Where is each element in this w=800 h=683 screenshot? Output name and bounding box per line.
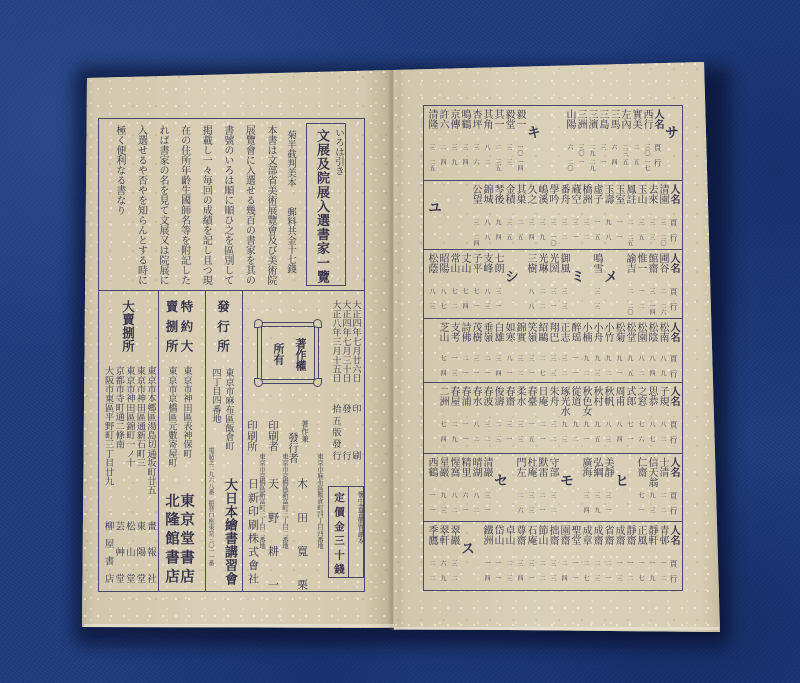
entry-line: 四 [494,370,501,382]
distributor-entry: 東京市神田區錦町一ノ十 松山堂 [123,366,134,588]
index-entry: 二洲 七 四 [437,383,448,453]
band-groups: 人名 頁 行 清園 三 二〇 去來 三 三 [424,181,682,249]
section-entries: 鳴雪 三 三 [591,250,602,318]
entry-name: 美靜 [602,457,613,490]
index-entry: 西鶴 一 一 [426,454,437,521]
entry-page: 二 [538,355,545,367]
entry-name: 丈山 [459,253,470,286]
entry-name: 秋色女 [580,386,591,419]
entry-name: 嶋溪 [536,184,547,217]
entry-name: 光圀 [547,253,558,286]
entry-line: 一 [461,507,468,520]
entry-page: 三 [560,288,567,301]
entry-line: 行 [669,234,678,247]
entry-page: 一 [615,219,622,232]
description-line: れば書家の名を見て文展又は院展に [151,125,173,290]
section-entries: 人名 頁 行 西行 三〇 一七 實美 二 五 [564,106,663,180]
entry-page: 九 [648,492,655,505]
entry-line: 一四 [648,303,655,316]
entry-name: 蔵空 [569,184,580,217]
index-entry: 玉壽 九 八 [602,181,613,249]
description-line: 本書は文部省美術展覽會及び美術院 [259,125,281,290]
entry-name: 諭吉 [624,253,635,286]
kana-section: 人名 頁 行 士清 二 二 信天翁 九 三 [635,454,679,521]
index-entry: 橋洲 三 二 [580,181,591,249]
index-entry: 守部 三 二 [547,454,558,521]
entry-name: 式郎 [624,386,635,419]
kana-section-label: キ [525,125,541,180]
entry-name: 京傳 [448,109,459,142]
entry-name: 松南 [657,322,668,353]
print-dates: 大正四年七月廿六日 印刷 大正四年七月三十日 發行 大正八年三月十五日 拾五版發… [330,300,360,462]
entry-page: 三〇 [577,144,584,157]
entry-page: 九 [604,219,611,232]
entry-name: 春浦 [459,386,470,419]
entry-name: 春齋 [503,386,514,419]
entry-name: 之窓 [635,386,646,419]
index-entry: 門左 二 六 [514,454,525,521]
entry-page: 七 [461,288,468,301]
entry-page: 三 [428,144,435,157]
entry-line: 二六 [659,303,666,316]
kana-section: 人名 頁 行 松南 八 九 松陰 八 四 [437,319,679,382]
entry-line: 一 [472,370,479,382]
entry-line: 二 [560,370,567,382]
entry-line: 五 [505,234,512,247]
entry-line: 四 [461,159,468,172]
date-text: 大正四年七月廿六日 [350,300,360,383]
entry-line: 五 [527,436,534,449]
index-entry: 松園 八 二 [635,319,646,382]
entry-line: 四 [494,234,501,247]
entry-page: 三 [461,144,468,157]
entry-page: 三 [571,219,578,232]
kana-section-label: シ [503,269,519,318]
index-entry: 春波 三 二 [481,383,492,453]
entry-name: 七朗 [492,253,503,286]
entry-name: 學吟 [547,184,558,217]
entry-page: 三 [472,144,479,157]
index-entry: 鐵洲 一 四 [481,522,492,589]
index-entry: 春屋 二 九 [448,383,459,453]
entry-line: 七 [648,436,655,449]
address-line: 東京市麻布區飯倉町 [222,368,235,451]
entry-page: 二 [516,492,523,505]
entry-line: 三 [428,303,435,316]
index-entry: 毅一 一〇 一四 [514,106,525,180]
publisher-phone: 電話芝二九六八番 [207,447,214,495]
entry-name: 子平 [470,253,481,286]
entry-page: 頁 [669,492,678,505]
entry-line: 一 [494,575,501,588]
index-entry: 紹鷗 二 七 [536,319,547,382]
book-spine [387,70,399,630]
entry-page: 九 [439,492,446,505]
kana-section: モ 守部 三 二 默雷 二 一 杜 [514,454,574,521]
index-entry: 毅堂 三 三 [503,106,514,180]
entry-name: 晴湖 [470,457,481,490]
entry-page: 三 [549,355,556,367]
entry-page: 一 [494,560,501,573]
entry-line: 三 [505,159,512,172]
entry-line: 一七 [643,159,650,172]
entry-name: 俊濤 [492,386,503,419]
entry-page: 三 [527,492,534,505]
index-entry: 三濱 二九 二九 [586,106,597,180]
entry-line: 一 [582,436,589,449]
entry-line: 五 [516,234,523,247]
entry-page: 三 [516,560,523,573]
entry-name: 支峰 [481,253,492,286]
entry-line: 二 [538,303,545,316]
entry-line: 三 [527,507,534,520]
entry-page: 二 [483,355,490,367]
index-entry: 清園 三 二〇 [657,181,668,249]
entry-line: 四 [461,303,468,316]
entry-page: 八 [615,421,622,434]
index-entry: 秋色女 九 一 [580,383,591,453]
entry-name: 西行 [641,109,652,142]
entry-line: 三五 [494,159,501,172]
index-entry: 翔巴 三 三 [547,319,558,382]
entry-line: 九 [538,234,545,247]
index-entry: 松蔭 八 三 [426,250,437,318]
entry-line: 行 [669,575,678,588]
entry-name: 茂樹 [470,322,481,353]
entry-name: 子規 [657,386,668,419]
band-groups: 人名 頁 行 松南 八 九 松陰 八 四 [424,319,682,382]
index-entry: 三島 三 一 [597,106,608,180]
index-entry: 晴湖 八 二 [470,454,481,521]
date-text: 大正四年七月三十日 [340,300,350,383]
date-entry: 大正八年三月十五日 拾五版發行 [330,300,340,462]
entry-name: 星巖 [437,457,448,490]
entry-line: 二 [659,575,666,588]
entry-line: 一四 [516,159,523,172]
entry-page: 二 [450,421,457,434]
kana-section: ヒ 美靜 三 一 弘綱 三 九 廣 [580,454,629,521]
entry-page: 三 [494,288,501,301]
entry-line: 四 [648,370,655,382]
index-entry: 默雷 二 一 [536,454,547,521]
date-entry: 大正四年七月廿六日 印刷 [350,300,360,462]
entry-name: 琢光水 [558,386,569,419]
publisher-name: 大日本繪書講習會 [222,478,237,585]
title-subtitle: いろは引き [333,128,344,176]
entry-page: 三 [549,421,556,434]
entry-line: 一 [527,575,534,588]
publisher-heading: 發行所 [217,300,230,352]
entry-page: 二九 [588,144,595,157]
publisher-contact: 電話芝二九六八番振替口座東京三〇一一番 [207,447,214,566]
entry-line: 五 [626,370,633,382]
entry-page: 三 [450,144,457,157]
entry-name: 鳴雪 [591,253,602,286]
distributor-name: 芸艸堂 [113,521,124,583]
role-name: 天野耕一 [267,478,280,590]
index-entry: 卓山 二 三 [503,522,514,589]
entry-line: 一 [483,370,490,382]
distributor-name: 畫報社 [144,521,155,583]
entry-page: 二 [593,560,600,573]
index-entry: 春浦 一 一 [459,383,470,453]
role-prefix: 著作兼 [301,420,310,443]
index-entry: 去來 三 三 [646,181,657,249]
index-entry: 支考 一 三 [448,319,459,382]
entry-name: 三島 [597,109,608,142]
entry-page: 三 [549,288,556,301]
entry-name: 柔水 [514,386,525,419]
entry-name: 琴後 [492,184,503,217]
entry-line: 九 [450,436,457,449]
kana-section: 人名 頁 行 青邨 一 二 靜軒 一 九 [481,522,679,589]
entry-page: 三 [593,492,600,505]
ornament-corner [313,319,322,328]
index-entry: 翠巖 三 二 [448,522,459,589]
entry-page: 三 [516,355,523,367]
copyright-seal: 著作權所有 [257,322,319,384]
price-label: 定價金三十錢 [332,492,346,574]
index-entry: 日庵 二 一 [536,383,547,453]
kana-section-label: サ [663,125,679,180]
entry-line: 四 [439,159,446,172]
entry-line: 二 [637,303,644,316]
index-entry: 松陰 八 四 [646,319,657,382]
entry-name: 小楠 [580,322,591,353]
distributor-entry: 東京市神田區通新石町三 東陽堂 [134,366,145,588]
entry-name: 詩佛 [459,322,470,353]
distributor-name: 柳屋書店 [102,521,113,583]
entry-page: 七 [439,421,446,434]
special-distributor-name: 北隆館書店 [164,493,179,583]
entry-page: 一 [626,560,633,573]
entry-page: 三 [549,492,556,505]
index-entry: 拙齋 三 三 [547,522,558,589]
index-entry: 人名 頁 行 [668,181,679,249]
entry-page: 九 [582,355,589,367]
copyright-line: 所有 [267,330,289,378]
index-entry: 岱山 一 一 [492,522,503,589]
index-entry: 小舟 九 三 [591,319,602,382]
index-entry: 從道 九 二 [569,383,580,453]
entry-page: 三 [472,219,479,232]
distributor-address: 大阪市東區平野町三丁目廿九 [102,366,113,486]
entry-name: 金積 [503,184,514,217]
entry-name: 圃谷 [657,253,668,286]
entry-name: 翠巖 [448,525,459,558]
entry-page: 一 [571,560,578,573]
entry-name: 杏坪 [470,109,481,142]
index-entry: 式郎 七 一 [624,383,635,453]
entry-page: 九 [560,421,567,434]
entry-line: 一 [571,370,578,382]
entry-line: 一 [604,575,611,588]
entry-line: 五 [637,234,644,247]
index-band: 人名 頁 行 青邨 一 二 靜軒 一 九 [424,522,682,589]
entry-name: 去來 [646,184,657,217]
index-entry: 精里 六 一 [459,454,470,521]
entry-page: 二 [538,421,545,434]
entry-page: 八 [450,492,457,505]
entry-line: 四 [439,436,446,449]
distributor-name: 東陽堂 [134,521,145,583]
entry-line: 一 [615,370,622,382]
entry-line: 行 [669,436,678,449]
index-entry: 士清 二 二 [657,454,668,521]
entry-line: 二 [637,370,644,382]
section-divider [98,290,365,291]
entry-line: 三 [505,575,512,588]
entry-page: 八 [472,421,479,434]
entry-line: 三 [483,303,490,316]
entry-line: 三 [593,370,600,382]
index-entry: 常山 七 二 [448,250,459,318]
entry-page: 三 [516,421,523,434]
band-groups: 人名 頁 行 青邨 一 二 靜軒 一 九 [424,522,682,589]
index-entry: 思恭 八 七 [646,383,657,453]
entry-page: 二 [461,355,468,367]
entry-line: 三 [549,370,556,382]
index-entry: 山陽 六 二〇 [564,106,575,180]
index-band: 人名 頁 行 松南 八 九 松陰 八 四 [424,319,682,383]
distributor-entry: 東京市本郷區湯島切通坂町廿五 畫報社 [144,366,155,588]
entry-page: 三 [472,355,479,367]
entry-name: 仁齋 [635,457,646,490]
entry-name: 松菊 [613,322,624,353]
entry-name: 毅堂 [503,109,514,142]
copyright-line: 著作權 [289,330,311,378]
entry-line: 三 [615,575,622,588]
index-entry: 學吟 三 一〇 [547,181,558,249]
special-distributors-heading: 特約大賣捌所 [164,300,194,352]
section-entries: 人名 頁 行 圃谷 二 二六 館齋 三 一四 [624,250,679,318]
entry-line: 二五 [428,159,435,172]
entry-name: 成章 [580,525,591,558]
postage-note: 郵料共金十七錢 [285,207,296,274]
entry-page: 二 [516,219,523,232]
entry-line: 一 [604,507,611,520]
entry-line: 二五 [626,234,633,247]
entry-name: 紹鷗 [536,322,547,353]
entry-line: 七 [439,303,446,316]
section-entries: 人名 頁 行 士清 二 二 信天翁 九 三 [635,454,679,521]
price-box: 懷中書畫價質讀本 定價金三十錢 [328,486,364,578]
entry-line: 二 [450,303,457,316]
role-printer: 印刷者 東京市京橋區新富町三丁目二番地 天野耕一 [264,418,290,590]
entry-name: 松蔭 [426,253,437,286]
entry-name: 岱山 [492,525,503,558]
entry-page: 三 [527,219,534,232]
entry-page: 三 [505,421,512,434]
entry-name: 鳳註 [624,184,635,217]
entry-line: 三 [604,436,611,449]
index-entry: 青邨 一 二 [657,522,668,589]
entry-line: 七 [538,370,545,382]
role-label: 印刷所 [246,420,258,452]
index-band: 人名 頁 行 子規 八 二 思恭 八 七 [424,383,682,454]
entry-line: 一 [599,159,606,172]
date-action: 印刷 [350,404,360,460]
index-entry: 杏坪 三 六 [470,106,481,180]
band-groups: 人名 頁 行 子規 八 二 思恭 八 七 [424,383,682,453]
entry-line: 五 [593,234,600,247]
special-distributor-address: 東京市京橋區元數寄屋町 [166,366,177,467]
entry-line: 一 [571,234,578,247]
entry-line: 一 [571,575,578,588]
entry-page: 二 [538,288,545,301]
entry-line: 一 [505,436,512,449]
index-entry: 番舟 三 二 [558,181,569,249]
entry-name: 春水 [470,386,481,419]
entry-name: 清隆 [426,109,437,142]
entry-line: 二 [582,370,589,382]
entry-page: 三 [483,492,490,505]
entry-page: 八 [659,421,666,434]
entry-line: 八 [527,303,534,316]
entry-page: 一 [450,355,457,367]
index-entry: 周甫 八 四 [613,383,624,453]
entry-name: 錦城 [481,184,492,217]
index-entry: 松南 八 九 [657,319,668,382]
format-note: 菊半截判美本 [285,130,296,187]
index-entry: 鳴雪 三 三 [591,250,602,318]
publisher-address: 東京市麻布區飯倉町四丁目四番地 [209,368,235,451]
index-band: 人名 頁 行 圃谷 二 二六 館齋 三 一四 [424,250,682,319]
entry-line: 四 [610,159,617,172]
index-entry: 美靜 三 一 [602,454,613,521]
entry-line: 二 [450,575,457,588]
entry-name: 成齋 [613,525,624,558]
index-entry: 御風 三 三 [558,250,569,318]
entry-name: 清巖 [481,457,492,490]
index-entry: 人名 頁 行 [668,383,679,453]
entry-line: 六 [516,507,523,520]
description-line: 在の住所年齡生國師名等を附記した [173,125,195,290]
entry-line: 四 [615,436,622,449]
index-entry: 仁齋 七 一 [635,454,646,521]
entry-page: 九 [582,421,589,434]
entry-page: 一 [637,560,644,573]
entry-name: 鐵洲 [481,525,492,558]
entry-page: 八 [648,421,655,434]
entry-name: 山陽 [564,109,575,142]
entry-line: 三 [549,575,556,588]
heading-line: 特約大 [179,300,194,352]
index-entry: 琢光水 九 三 [558,383,569,453]
entry-page: 三 [549,560,556,573]
index-entry: 人名 頁 行 [668,522,679,589]
entry-page: 六 [439,560,446,573]
entry-page: 八 [439,288,446,301]
entry-page: 三 [549,219,556,232]
entry-name: 惟一 [635,253,646,286]
index-entry: 丈山 七 四 [459,250,470,318]
entry-name: 松園 [635,322,646,353]
entry-line: 二 [626,575,633,588]
entry-page: 二 [560,560,567,573]
entry-page: 一 [527,421,534,434]
role-address: 東京市麻布區飯倉町四丁目四番地 [316,453,324,549]
entry-name: 虚子 [591,184,602,217]
index-entry: 光圀 三 一 [547,250,558,318]
entry-page: 八 [472,492,479,505]
index-entry: 清隆 三 二五 [426,106,437,180]
section-entries: 守部 三 二 默雷 二 一 杜庵 三 三 [514,454,558,521]
entry-page: 三 [527,560,534,573]
entry-line: 二 [472,436,479,449]
entry-line: 行 [669,370,678,382]
entry-name: 人名 [668,457,679,490]
